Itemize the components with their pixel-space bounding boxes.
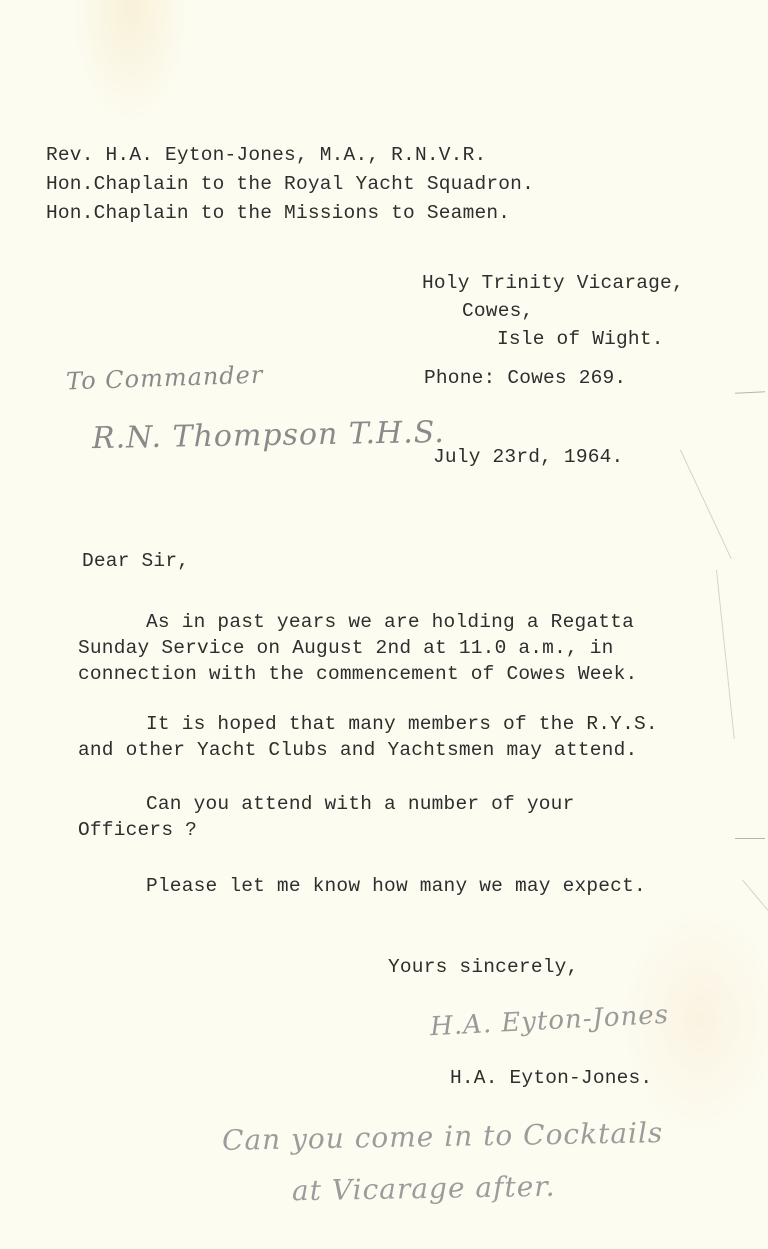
- typed-name: H.A. Eyton-Jones.: [450, 1066, 652, 1090]
- recipient-line-name: R.N. Thompson T.H.S.: [92, 415, 445, 456]
- paragraph-line: connection with the commencement of Cowe…: [78, 662, 637, 686]
- paper-tear-mark: [735, 838, 765, 839]
- letterhead-title-missions: Hon.Chaplain to the Missions to Seamen.: [46, 201, 510, 225]
- paragraph-line: Please let me know how many we may expec…: [146, 874, 646, 898]
- address-line-town: Cowes,: [462, 299, 533, 323]
- paragraph-line: As in past years we are holding a Regatt…: [146, 610, 634, 634]
- phone-number: Phone: Cowes 269.: [424, 366, 626, 390]
- address-line-vicarage: Holy Trinity Vicarage,: [422, 271, 684, 295]
- postscript-line-1: Can you come in to Cocktails: [222, 1116, 664, 1157]
- letter-paper: Rev. H.A. Eyton-Jones, M.A., R.N.V.R. Ho…: [0, 0, 768, 1249]
- postscript-line-2: at Vicarage after.: [292, 1170, 556, 1208]
- recipient-line-rank: To Commander: [66, 361, 264, 396]
- paragraph-line: Officers ?: [78, 818, 197, 842]
- letterhead-title-rys: Hon.Chaplain to the Royal Yacht Squadron…: [46, 172, 534, 196]
- paragraph-line: It is hoped that many members of the R.Y…: [146, 712, 658, 736]
- letter-date: July 23rd, 1964.: [433, 445, 623, 469]
- paragraph-line: Sunday Service on August 2nd at 11.0 a.m…: [78, 636, 614, 660]
- paper-tear-mark: [735, 391, 765, 394]
- paper-fold-line: [680, 450, 732, 559]
- paragraph-line: and other Yacht Clubs and Yachtsmen may …: [78, 738, 637, 762]
- paper-fold-line: [742, 880, 768, 911]
- letterhead-name: Rev. H.A. Eyton-Jones, M.A., R.N.V.R.: [46, 143, 486, 167]
- salutation: Dear Sir,: [82, 549, 189, 573]
- address-line-island: Isle of Wight.: [497, 327, 664, 351]
- paragraph-line: Can you attend with a number of your: [146, 792, 574, 816]
- signature: H.A. Eyton-Jones: [429, 1000, 669, 1042]
- valediction: Yours sincerely,: [388, 955, 578, 979]
- paper-fold-line: [716, 570, 735, 739]
